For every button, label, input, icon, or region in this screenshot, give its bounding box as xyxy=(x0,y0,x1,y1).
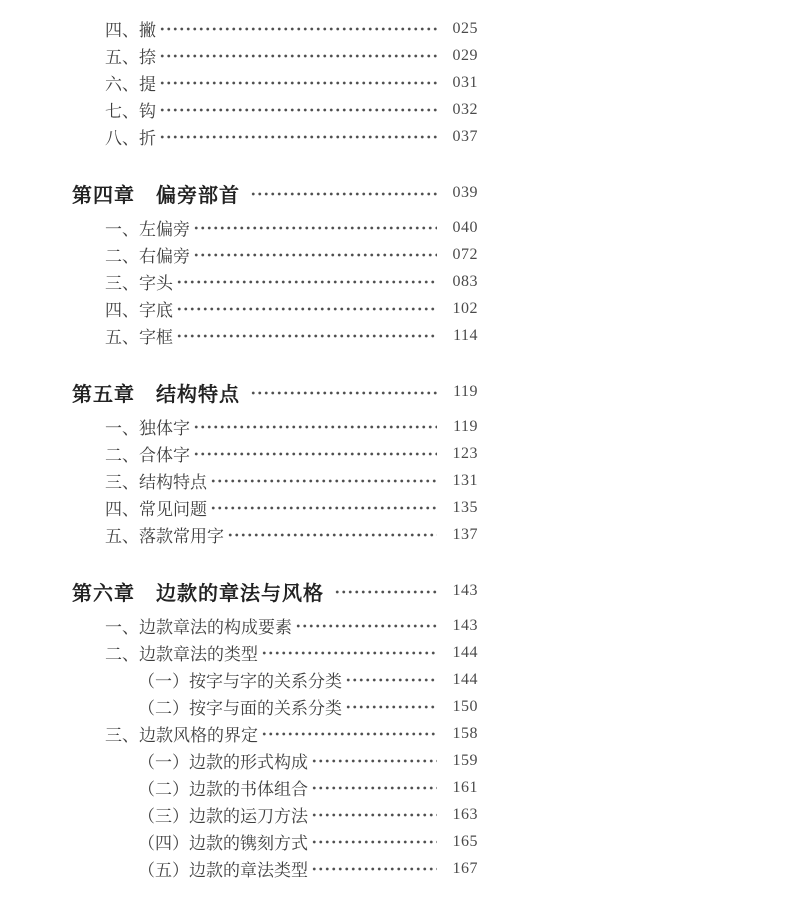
toc-entry-sub: （四）边款的镌刻方式 165 xyxy=(72,828,478,855)
toc-entry-page-number: 159 xyxy=(444,752,478,770)
toc-entry-item: 五、字框 114 xyxy=(72,322,478,349)
toc-entry-item: 三、结构特点 131 xyxy=(72,467,478,494)
dot-leader xyxy=(311,865,437,873)
toc-entry-page-number: 083 xyxy=(444,273,478,291)
dot-leader xyxy=(159,106,437,114)
toc-entry-page-number: 143 xyxy=(444,617,478,635)
toc-entry-label: 四、常见问题 xyxy=(105,495,207,520)
toc-entry-label: 三、字头 xyxy=(105,269,173,294)
toc-entry-item: 一、左偏旁 040 xyxy=(72,214,478,241)
toc-entry-page-number: 039 xyxy=(444,184,478,202)
toc-entry-chapter: 第五章 结构特点 119 xyxy=(72,376,478,408)
dot-leader xyxy=(295,622,437,630)
toc-entry-item: 七、钩 032 xyxy=(72,96,478,123)
toc-entry-page-number: 037 xyxy=(444,128,478,146)
dot-leader xyxy=(210,477,437,485)
dot-leader xyxy=(193,251,437,259)
dot-leader xyxy=(210,504,437,512)
toc-entry-item: 四、常见问题 135 xyxy=(72,494,478,521)
toc-entry-label: 四、字底 xyxy=(105,296,173,321)
toc-entry-label: 五、捺 xyxy=(105,43,156,68)
toc-entry-page-number: 102 xyxy=(444,300,478,318)
toc-entry-sub: （二）按字与面的关系分类 150 xyxy=(72,693,478,720)
toc-entry-label: 四、撇 xyxy=(105,16,156,41)
toc-entry-item: 四、字底 102 xyxy=(72,295,478,322)
toc-entry-page-number: 119 xyxy=(444,383,478,401)
toc-entry-page-number: 025 xyxy=(444,20,478,38)
toc-entry-item: 二、边款章法的类型 144 xyxy=(72,639,478,666)
toc-entry-label: 一、左偏旁 xyxy=(105,215,190,240)
toc-entry-label: 二、边款章法的类型 xyxy=(105,640,258,665)
dot-leader xyxy=(311,757,437,765)
toc-entry-page-number: 158 xyxy=(444,725,478,743)
toc-entry-item: 二、合体字 123 xyxy=(72,440,478,467)
toc-entry-chapter: 第六章 边款的章法与风格 143 xyxy=(72,575,478,607)
dot-leader xyxy=(159,52,437,60)
dot-leader xyxy=(193,450,437,458)
dot-leader xyxy=(159,79,437,87)
dot-leader xyxy=(311,784,437,792)
toc-entry-page-number: 144 xyxy=(444,644,478,662)
table-of-contents: 四、撇 025 五、捺 029 六、提 031 七、钩 032 八、折 037 … xyxy=(72,0,478,882)
toc-entry-sub: （三）边款的运刀方法 163 xyxy=(72,801,478,828)
dot-leader xyxy=(261,649,437,657)
dot-leader xyxy=(261,730,437,738)
toc-entry-page-number: 135 xyxy=(444,499,478,517)
toc-entry-label: 二、右偏旁 xyxy=(105,242,190,267)
toc-entry-page-number: 163 xyxy=(444,806,478,824)
toc-entry-label: 一、独体字 xyxy=(105,414,190,439)
toc-entry-page-number: 137 xyxy=(444,526,478,544)
toc-entry-label: 八、折 xyxy=(105,124,156,149)
toc-entry-label: 第四章 偏旁部首 xyxy=(72,179,240,208)
toc-entry-page-number: 167 xyxy=(444,860,478,878)
toc-entry-item: 二、右偏旁 072 xyxy=(72,241,478,268)
toc-entry-label: 五、字框 xyxy=(105,323,173,348)
toc-entry-item: 五、落款常用字 137 xyxy=(72,521,478,548)
dot-leader xyxy=(193,224,437,232)
toc-entry-label: 一、边款章法的构成要素 xyxy=(105,613,292,638)
toc-entry-sub: （一）边款的形式构成 159 xyxy=(72,747,478,774)
toc-entry-page-number: 032 xyxy=(444,101,478,119)
toc-entry-item: 一、边款章法的构成要素 143 xyxy=(72,612,478,639)
toc-entry-item: 八、折 037 xyxy=(72,123,478,150)
toc-entry-label: 第五章 结构特点 xyxy=(72,378,240,407)
dot-leader xyxy=(345,676,437,684)
toc-entry-label: 三、结构特点 xyxy=(105,468,207,493)
toc-entry-label: 七、钩 xyxy=(105,97,156,122)
toc-entry-label: （三）边款的运刀方法 xyxy=(138,802,308,827)
toc-entry-page-number: 072 xyxy=(444,246,478,264)
dot-leader xyxy=(227,531,437,539)
toc-entry-item: 六、提 031 xyxy=(72,69,478,96)
toc-entry-item: 三、字头 083 xyxy=(72,268,478,295)
toc-entry-item: 五、捺 029 xyxy=(72,42,478,69)
toc-entry-label: 五、落款常用字 xyxy=(105,522,224,547)
toc-entry-item: 三、边款风格的界定 158 xyxy=(72,720,478,747)
toc-entry-page-number: 114 xyxy=(444,327,478,345)
toc-entry-label: 三、边款风格的界定 xyxy=(105,721,258,746)
dot-leader xyxy=(311,811,437,819)
toc-entry-page-number: 031 xyxy=(444,74,478,92)
toc-entry-page-number: 119 xyxy=(444,418,478,436)
toc-entry-page-number: 144 xyxy=(444,671,478,689)
dot-leader xyxy=(193,423,437,431)
dot-leader xyxy=(250,389,437,397)
dot-leader xyxy=(176,332,437,340)
toc-entry-label: （一）按字与字的关系分类 xyxy=(138,667,342,692)
dot-leader xyxy=(159,25,437,33)
toc-entry-sub: （一）按字与字的关系分类 144 xyxy=(72,666,478,693)
toc-entry-chapter: 第四章 偏旁部首 039 xyxy=(72,177,478,209)
toc-entry-label: 六、提 xyxy=(105,70,156,95)
toc-entry-page-number: 131 xyxy=(444,472,478,490)
toc-entry-label: 第六章 边款的章法与风格 xyxy=(72,577,324,606)
dot-leader xyxy=(345,703,437,711)
toc-entry-item: 四、撇 025 xyxy=(72,15,478,42)
dot-leader xyxy=(250,190,437,198)
dot-leader xyxy=(159,133,437,141)
toc-entry-label: （五）边款的章法类型 xyxy=(138,856,308,881)
dot-leader xyxy=(176,305,437,313)
book-toc-page: 四、撇 025 五、捺 029 六、提 031 七、钩 032 八、折 037 … xyxy=(0,0,800,909)
toc-entry-label: 二、合体字 xyxy=(105,441,190,466)
toc-entry-sub: （二）边款的书体组合 161 xyxy=(72,774,478,801)
toc-entry-label: （一）边款的形式构成 xyxy=(138,748,308,773)
toc-entry-label: （二）边款的书体组合 xyxy=(138,775,308,800)
toc-entry-page-number: 040 xyxy=(444,219,478,237)
dot-leader xyxy=(176,278,437,286)
toc-entry-page-number: 123 xyxy=(444,445,478,463)
toc-entry-label: （四）边款的镌刻方式 xyxy=(138,829,308,854)
toc-entry-page-number: 161 xyxy=(444,779,478,797)
dot-leader xyxy=(334,588,437,596)
toc-entry-page-number: 143 xyxy=(444,582,478,600)
toc-entry-label: （二）按字与面的关系分类 xyxy=(138,694,342,719)
toc-entry-page-number: 165 xyxy=(444,833,478,851)
toc-entry-page-number: 150 xyxy=(444,698,478,716)
toc-entry-page-number: 029 xyxy=(444,47,478,65)
toc-entry-item: 一、独体字 119 xyxy=(72,413,478,440)
dot-leader xyxy=(311,838,437,846)
toc-entry-sub: （五）边款的章法类型 167 xyxy=(72,855,478,882)
